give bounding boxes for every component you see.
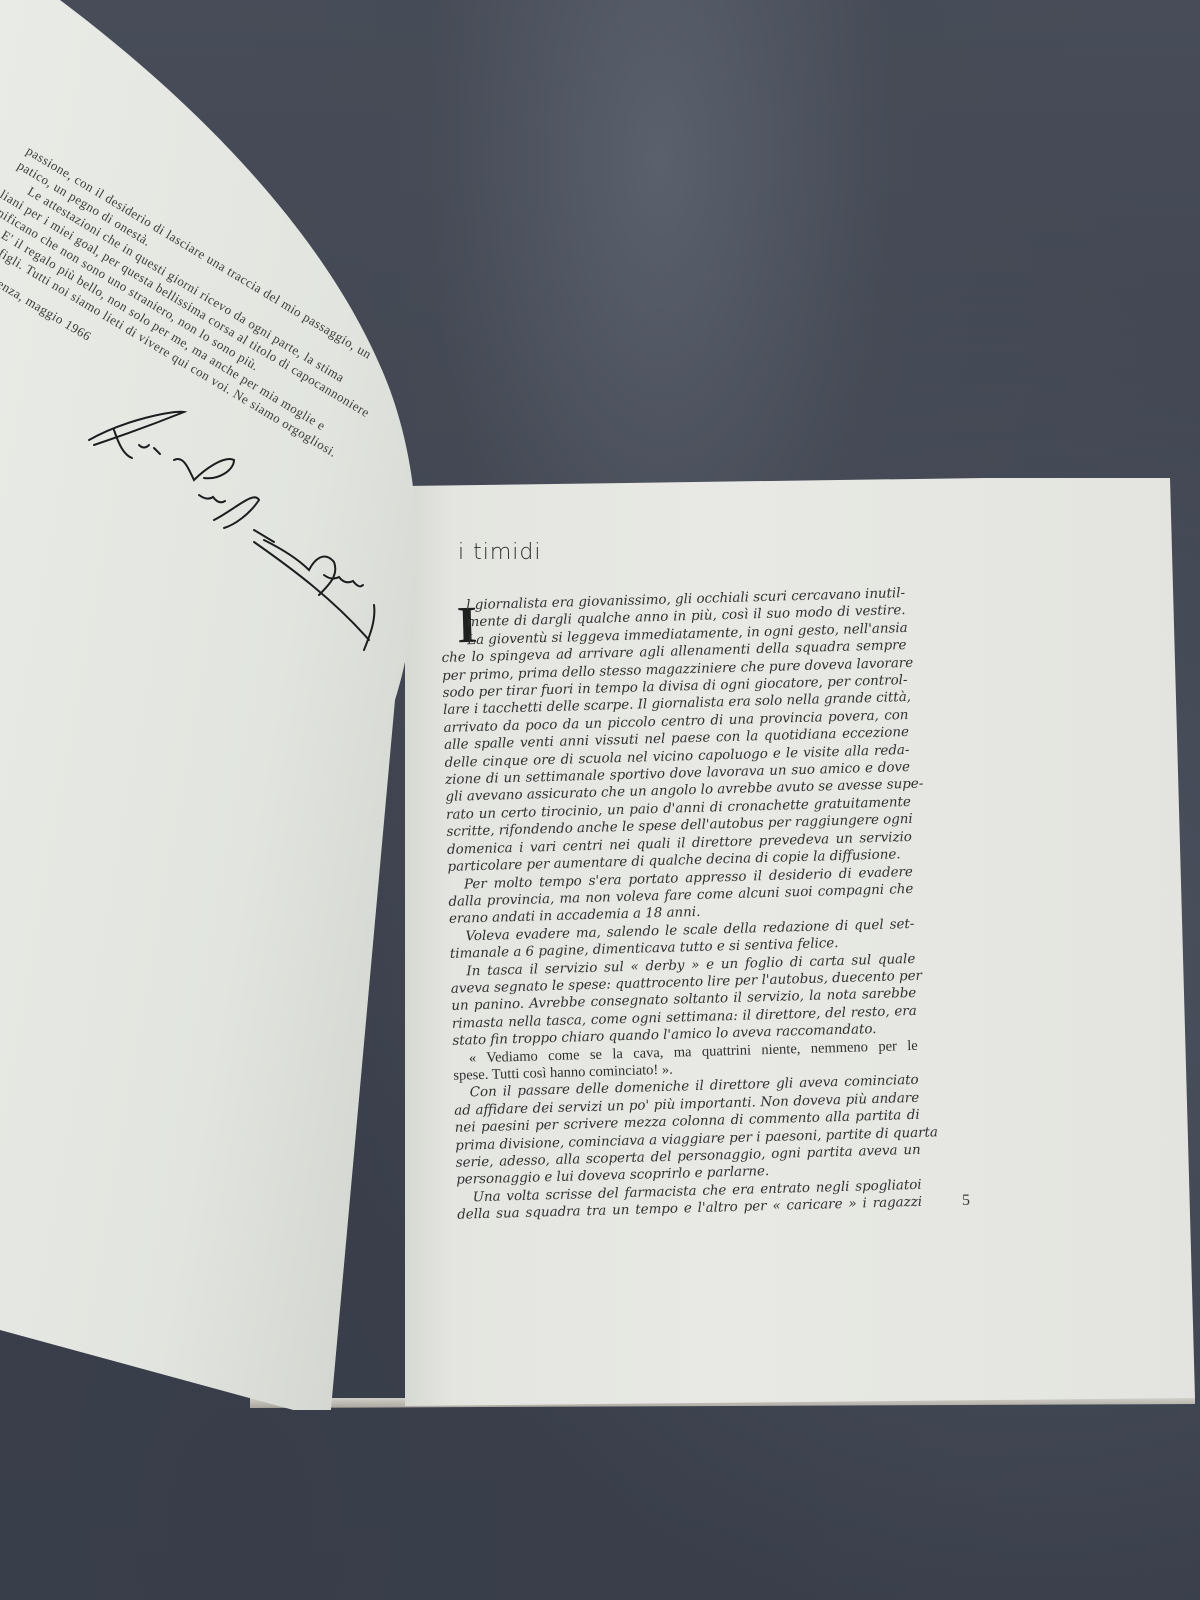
chapter-body: l giornalista era giovanissimo, gli occh… [440, 585, 922, 1224]
signature-icon [84, 400, 384, 660]
page-number: 5 [962, 1192, 970, 1210]
chapter-title: i timidi [458, 540, 541, 565]
